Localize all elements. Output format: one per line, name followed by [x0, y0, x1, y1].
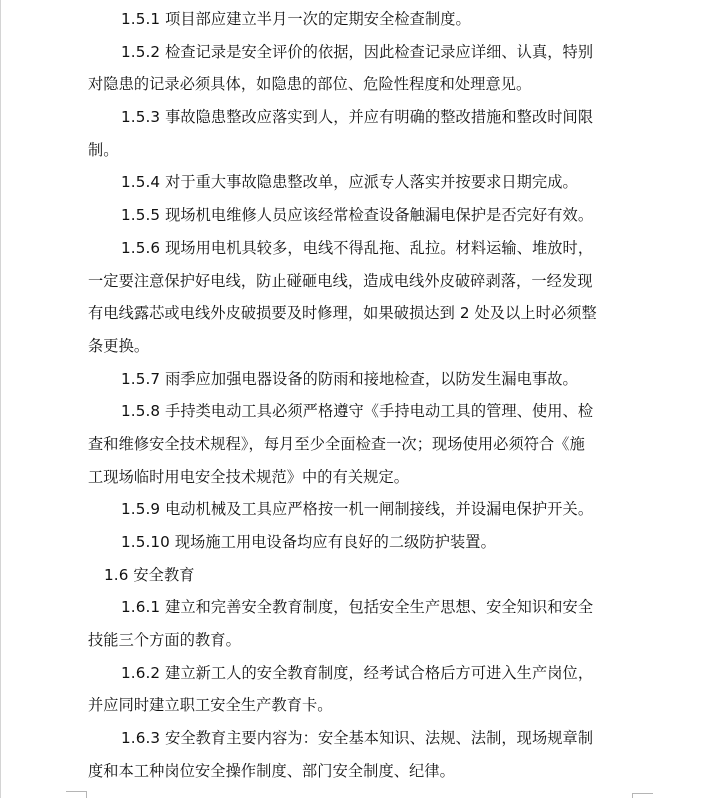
- paragraph-1-5-9: 1.5.9 电动机械及工具应严格按一机一闸制接线，并设漏电保护开关。: [88, 493, 633, 526]
- paragraph-1-6-3: 1.6.3 安全教育主要内容为：安全基本知识、法规、法制，现场规章制: [88, 722, 633, 755]
- crop-mark-bottom-right: [632, 793, 653, 798]
- paragraph-1-5-5: 1.5.5 现场机电维修人员应该经常检查设备触漏电保护是否完好有效。: [88, 199, 633, 232]
- paragraph-1-6-2-cont: 并应同时建立职工安全生产教育卡。: [88, 689, 633, 722]
- paragraph-1-5-7: 1.5.7 雨季应加强电器设备的防雨和接地检查，以防发生漏电事故。: [88, 363, 633, 396]
- paragraph-1-5-10: 1.5.10 现场施工用电设备均应有良好的二级防护装置。: [88, 526, 633, 559]
- paragraph-1-6-3-cont: 度和本工种岗位安全操作制度、部门安全制度、纪律。: [88, 755, 633, 788]
- paragraph-1-5-6-cont-2: 有电线露芯或电线外皮破损要及时修理，如果破损达到 2 处及以上时必须整: [88, 297, 633, 330]
- paragraph-1-5-6-cont-1: 一定要注意保护好电线，防止碰砸电线，造成电线外皮破碎剥落，一经发现: [88, 265, 633, 298]
- paragraph-1-6-2: 1.6.2 建立新工人的安全教育制度，经考试合格后方可进入生产岗位，: [88, 657, 633, 690]
- crop-mark-bottom-left: [66, 791, 87, 798]
- paragraph-1-5-3: 1.5.3 事故隐患整改应落实到人，并应有明确的整改措施和整改时间限: [88, 101, 633, 134]
- paragraph-1-6-1: 1.6.1 建立和完善安全教育制度，包括安全生产思想、安全知识和安全: [88, 591, 633, 624]
- paragraph-1-6-1-cont: 技能三个方面的教育。: [88, 624, 633, 657]
- paragraph-1-5-2: 1.5.2 检查记录是安全评价的依据，因此检查记录应详细、认真，特别: [88, 36, 633, 69]
- paragraph-1-5-2-cont: 对隐患的记录必须具体，如隐患的部位、危险性程度和处理意见。: [88, 68, 633, 101]
- paragraph-1-5-6: 1.5.6 现场用电机具较多，电线不得乱拖、乱拉。材料运输、堆放时，: [88, 232, 633, 265]
- section-heading-1-6: 1.6 安全教育: [88, 559, 633, 592]
- paragraph-1-5-1: 1.5.1 项目部应建立半月一次的定期安全检查制度。: [88, 3, 633, 36]
- paragraph-1-5-8-cont-2: 工现场临时用电安全技术规范》中的有关规定。: [88, 461, 633, 494]
- paragraph-1-5-8-cont-1: 查和维修安全技术规程》，每月至少全面检查一次；现场使用必须符合《施: [88, 428, 633, 461]
- paragraph-1-5-3-cont: 制。: [88, 134, 633, 167]
- paragraph-1-5-8: 1.5.8 手持类电动工具必须严格遵守《手持电动工具的管理、使用、检: [88, 395, 633, 428]
- document-body: 1.5.1 项目部应建立半月一次的定期安全检查制度。 1.5.2 检查记录是安全…: [88, 3, 633, 788]
- paragraph-1-5-4: 1.5.4 对于重大事故隐患整改单，应派专人落实并按要求日期完成。: [88, 166, 633, 199]
- document-page: 1.5.1 项目部应建立半月一次的定期安全检查制度。 1.5.2 检查记录是安全…: [0, 0, 715, 798]
- paragraph-1-5-6-cont-3: 条更换。: [88, 330, 633, 363]
